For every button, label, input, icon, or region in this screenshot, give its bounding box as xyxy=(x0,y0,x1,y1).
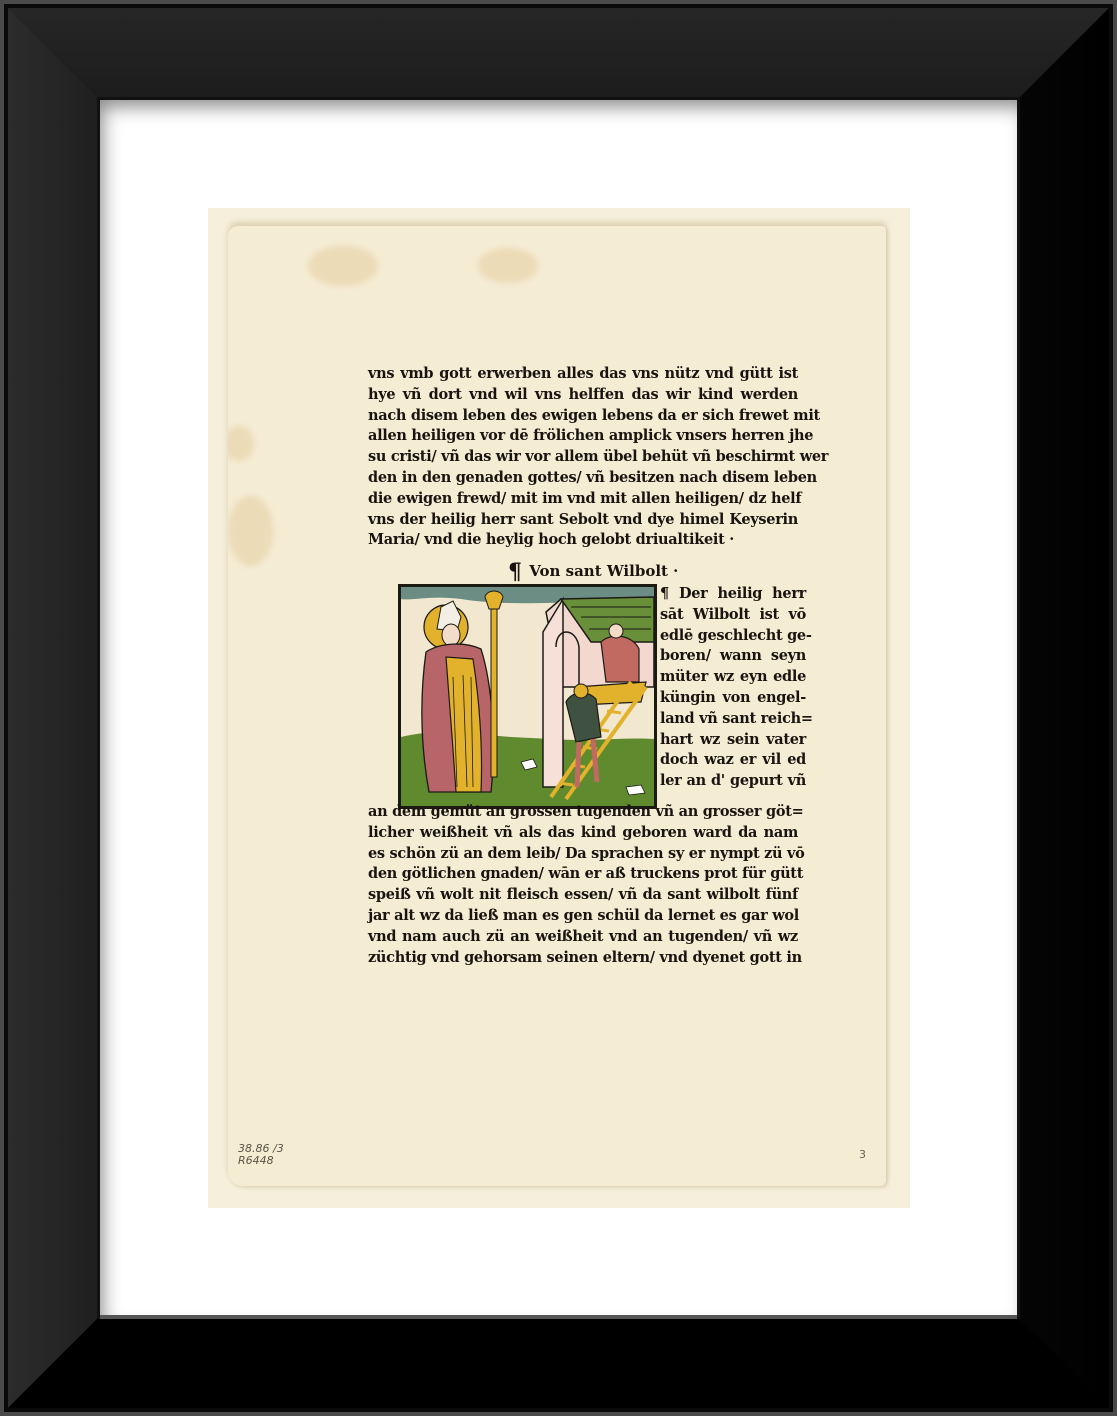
stain xyxy=(308,246,378,286)
stain xyxy=(228,426,254,461)
text-line: speiß vñ wolt nit fleisch essen/ vñ da s… xyxy=(368,885,798,906)
frame-bottom-rail xyxy=(8,1315,1109,1408)
text-top: vns vmb gott erwerben alles das vns nütz… xyxy=(368,364,798,551)
manuscript-page: vns vmb gott erwerben alles das vns nütz… xyxy=(228,226,886,1186)
text-line: jar alt wz da ließ man es gen schül da l… xyxy=(368,906,798,927)
text-line: an dem gemüt an grossen tugenden vñ an g… xyxy=(368,802,798,823)
accession-number: 38.86 /3 R6448 xyxy=(238,1143,284,1167)
frame-left-rail xyxy=(8,8,101,1408)
text-line: sāt Wilbolt ist vō xyxy=(660,605,806,626)
pilcrow-icon: ¶ xyxy=(508,559,522,585)
text-line: ¶ Der heilig herr xyxy=(660,584,806,605)
frame-top-rail xyxy=(8,8,1109,101)
text-line: es schön zü an dem leib/ Da sprachen sy … xyxy=(368,844,798,865)
page-number: 3 xyxy=(859,1148,866,1161)
text-line: die ewigen frewd/ mit im vnd mit allen h… xyxy=(368,489,798,510)
text-line: su cristi/ vñ das wir vor allem übel beh… xyxy=(368,447,798,468)
text-line: züchtig vnd gehorsam seinen eltern/ vnd … xyxy=(368,948,798,969)
text-line: allen heiligen vor dē frölichen amplick … xyxy=(368,426,798,447)
text-bottom: an dem gemüt an grossen tugenden vñ an g… xyxy=(368,802,798,968)
chapter-heading: ¶ Von sant Wilbolt · xyxy=(508,559,678,585)
accession-line: R6448 xyxy=(238,1155,284,1167)
woodcut-image xyxy=(401,587,654,806)
text-line: küngin von engel- xyxy=(660,688,806,709)
stain xyxy=(478,248,538,283)
text-line: hart wz sein vater xyxy=(660,730,806,751)
stain xyxy=(228,496,273,566)
heading-text: Von sant Wilbolt · xyxy=(529,562,678,580)
woodcut-illustration xyxy=(398,584,657,809)
text-line: den in den genaden gottes/ vñ besitzen n… xyxy=(368,468,798,489)
text-line: edlē geschlecht ge- xyxy=(660,626,806,647)
text-line: den götlichen gnaden/ wān er aß truckens… xyxy=(368,864,798,885)
frame-right-rail xyxy=(1016,8,1109,1408)
text-line: müter wz eyn edle xyxy=(660,667,806,688)
text-line: boren/ wann seyn xyxy=(660,646,806,667)
text-line: nach disem leben des ewigen lebens da er… xyxy=(368,406,798,427)
text-line: Maria/ vnd die heylig hoch gelobt driual… xyxy=(368,530,798,551)
text-line: vnd nam auch zü an weißheit vnd an tugen… xyxy=(368,927,798,948)
text-line: vns der heilig herr sant Sebolt vnd dye … xyxy=(368,510,798,531)
text-line: vns vmb gott erwerben alles das vns nütz… xyxy=(368,364,798,385)
artwork: vns vmb gott erwerben alles das vns nütz… xyxy=(208,208,910,1208)
text-side: ¶ Der heilig herr sāt Wilbolt ist vō edl… xyxy=(660,584,806,792)
text-line: ler an d' gepurt vñ xyxy=(660,771,806,792)
text-line: hye vñ dort vnd wil vns helffen das wir … xyxy=(368,385,798,406)
text-line: land vñ sant reich= xyxy=(660,709,806,730)
text-line: licher weißheit vñ als das kind geboren … xyxy=(368,823,798,844)
text-line: doch waz er vil ed xyxy=(660,750,806,771)
